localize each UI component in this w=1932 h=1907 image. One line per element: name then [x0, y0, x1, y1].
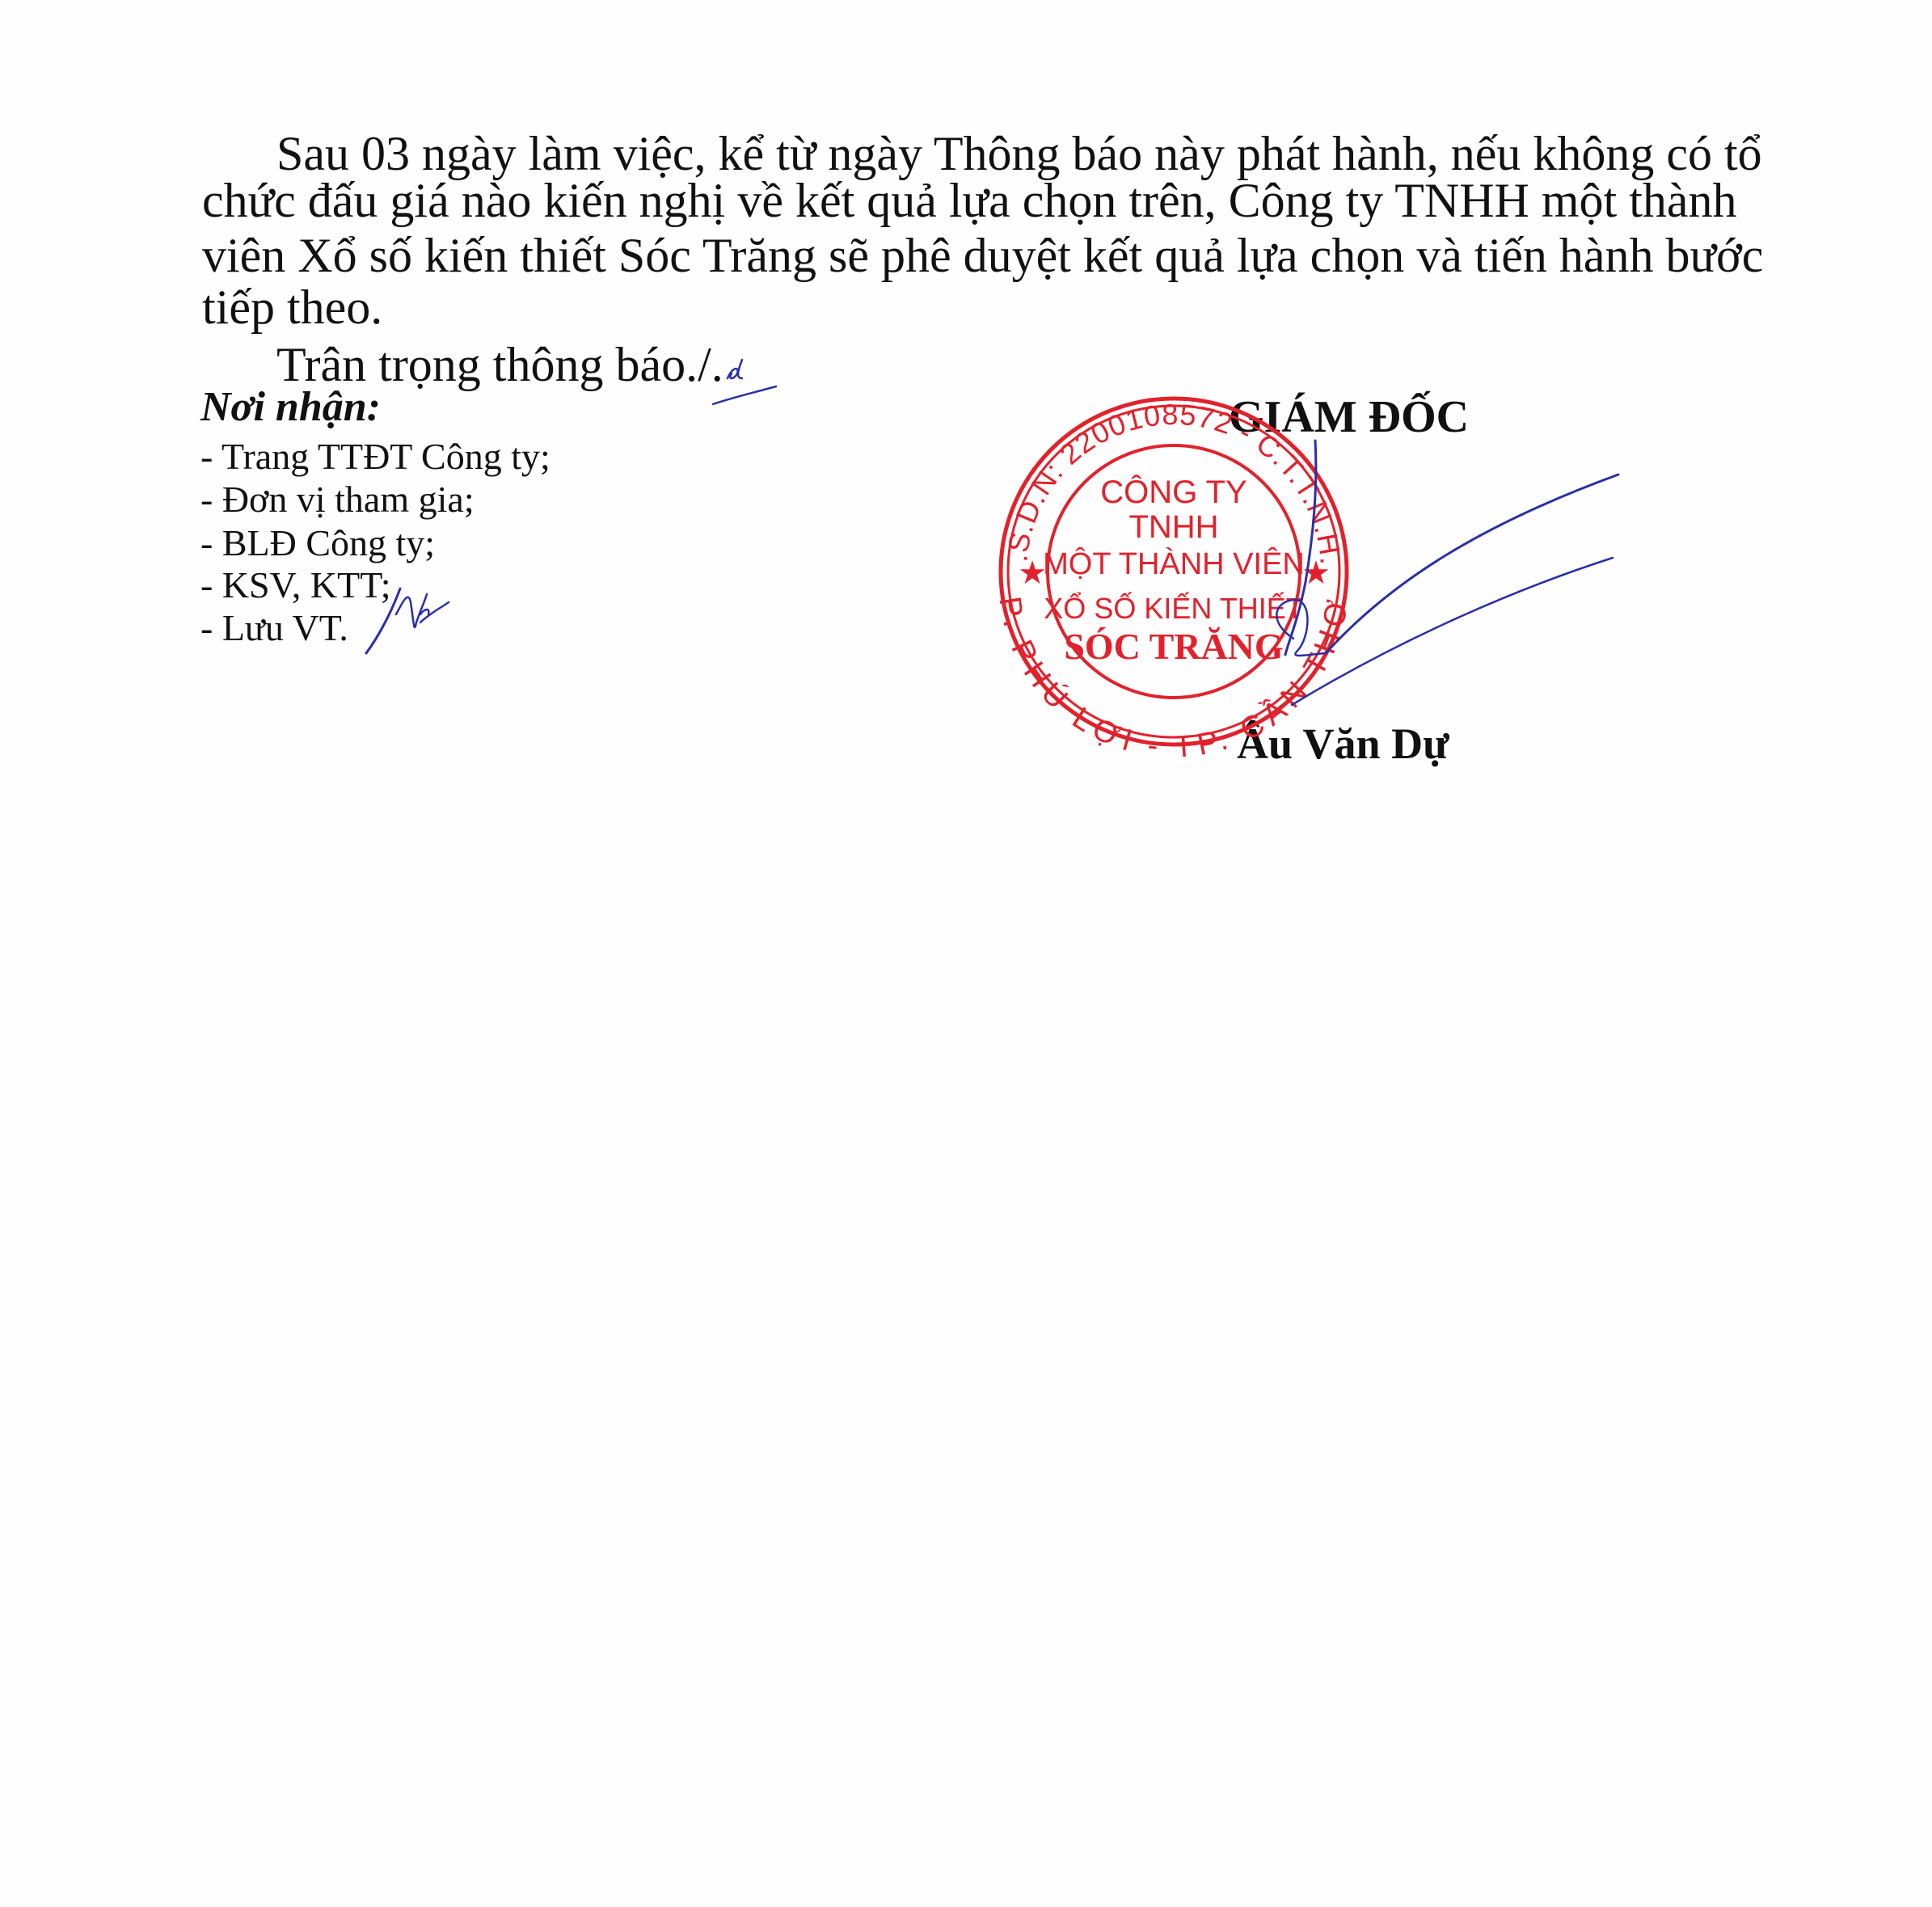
seal-line-soc-trang: SÓC TRĂNG [1064, 626, 1283, 667]
recipient-item: - KSV, KTT; [200, 567, 391, 604]
body-line-1: Sau 03 ngày làm việc, kể từ ngày Thông b… [276, 129, 1762, 178]
recipients-title: Nơi nhận: [200, 386, 381, 428]
seal-star-right-icon: ★ [1301, 555, 1331, 591]
company-seal [1001, 399, 1347, 745]
recipient-item: - BLĐ Công ty; [200, 525, 435, 562]
closing-line: Trân trọng thông báo./. [276, 340, 723, 389]
document-page: Sau 03 ngày làm việc, kể từ ngày Thông b… [0, 0, 1932, 1907]
body-line-4: tiếp theo. [202, 283, 1730, 331]
seal-line-member: MỘT THÀNH VIÊN [1043, 546, 1305, 581]
seal-line-company: CÔNG TY [1100, 474, 1247, 510]
signer-title: GIÁM ĐỐC [1229, 394, 1469, 440]
recipient-item: - Trang TTĐT Công ty; [200, 438, 550, 475]
director-signature [1276, 441, 1618, 705]
seal-star-left-icon: ★ [1018, 555, 1047, 591]
seal-line-lottery: XỔ SỐ KIẾN THIẾT [1044, 590, 1303, 625]
recipient-item: - Lưu VT. [200, 610, 348, 647]
recipient-item: - Đơn vị tham gia; [200, 481, 475, 518]
body-line-2: chức đấu giá nào kiến nghị về kết quả lự… [202, 176, 1730, 225]
signer-name: Âu Văn Dự [1237, 722, 1449, 766]
seal-line-tnhh: TNHH [1128, 509, 1218, 545]
body-line-3: viên Xổ số kiến thiết Sóc Trăng sẽ phê d… [202, 231, 1730, 280]
